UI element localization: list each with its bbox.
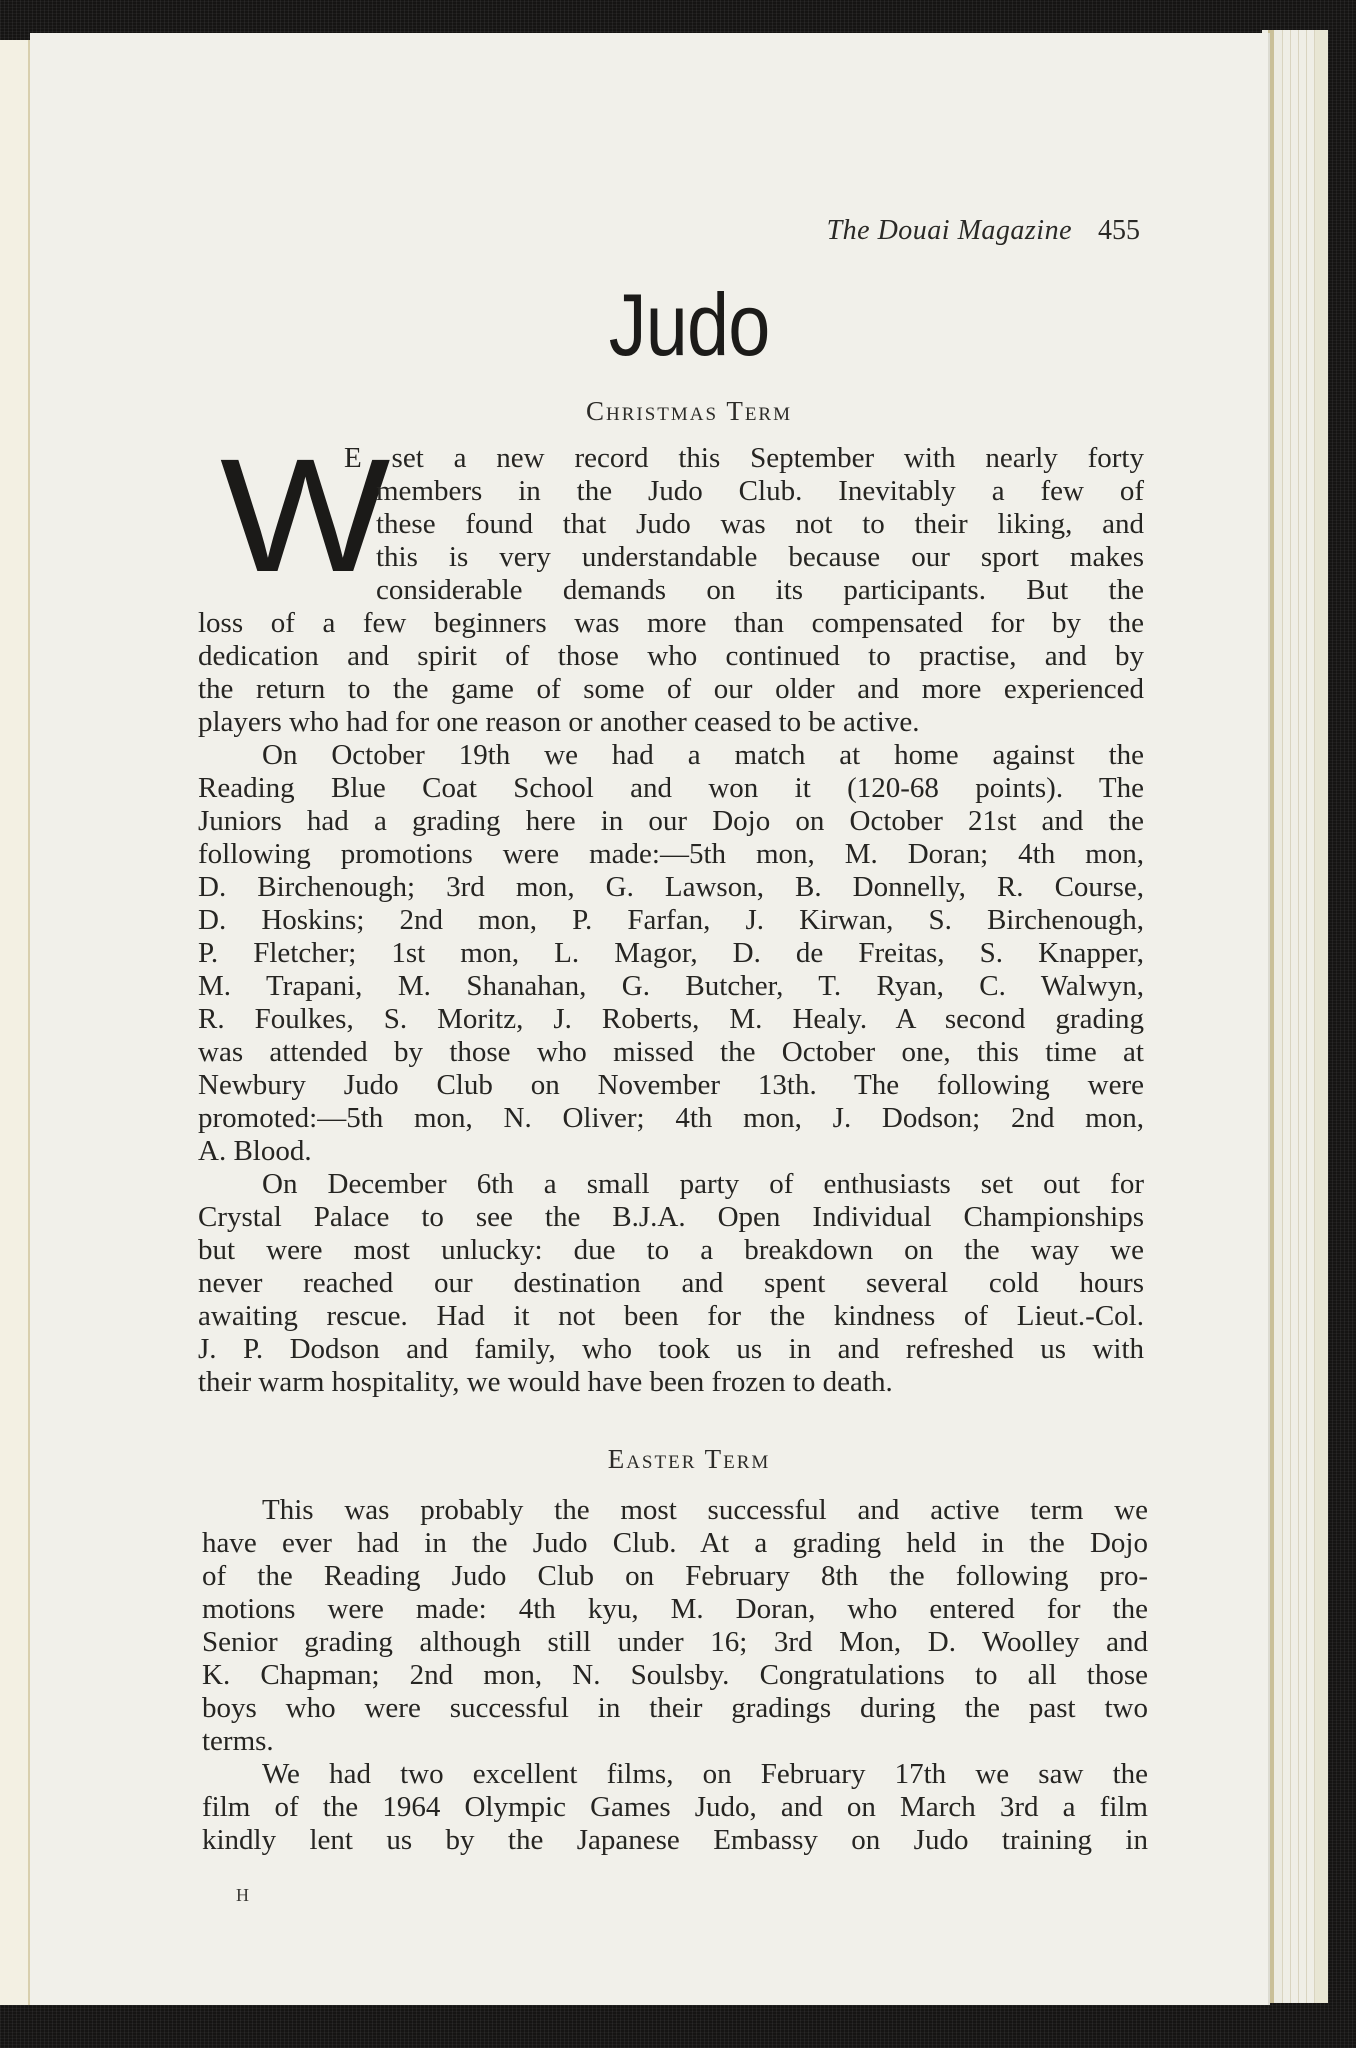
body-line: these found that Judo was not to their l… bbox=[376, 507, 1144, 541]
body-line: kindly lent us by the Japanese Embassy o… bbox=[202, 1823, 1148, 1857]
body-line: D. Hoskins; 2nd mon, P. Farfan, J. Kirwa… bbox=[198, 903, 1144, 937]
body-line: Reading Blue Coat School and won it (120… bbox=[198, 771, 1144, 805]
body-line: dedication and spirit of those who conti… bbox=[198, 639, 1144, 673]
body-line: D. Birchenough; 3rd mon, G. Lawson, B. D… bbox=[198, 870, 1144, 904]
body-line: R. Foulkes, S. Moritz, J. Roberts, M. He… bbox=[198, 1002, 1144, 1036]
body-line: On October 19th we had a match at home a… bbox=[262, 738, 1144, 772]
body-line: following promotions were made:—5th mon,… bbox=[198, 837, 1144, 871]
page-number: 455 bbox=[1098, 215, 1140, 246]
running-head: The Douai Magazine455 bbox=[30, 215, 1140, 247]
body-line: have ever had in the Judo Club. At a gra… bbox=[202, 1526, 1148, 1560]
page: The Douai Magazine455 Judo Christmas Ter… bbox=[30, 33, 1270, 2005]
body-line: Senior grading although still under 16; … bbox=[202, 1625, 1148, 1659]
body-line: motions were made: 4th kyu, M. Doran, wh… bbox=[202, 1592, 1148, 1626]
stacked-page-edges bbox=[1262, 30, 1328, 2003]
body-line: of the Reading Judo Club on February 8th… bbox=[202, 1559, 1148, 1593]
left-page-edge bbox=[0, 40, 30, 2005]
body-line: M. Trapani, M. Shanahan, G. Butcher, T. … bbox=[198, 969, 1144, 1003]
body-line: loss of a few beginners was more than co… bbox=[198, 606, 1144, 640]
body-line: J. P. Dodson and family, who took us in … bbox=[198, 1332, 1144, 1366]
body-line: boys who were successful in their gradin… bbox=[202, 1691, 1148, 1725]
body-line: their warm hospitality, we would have be… bbox=[198, 1365, 1144, 1399]
signature-mark: H bbox=[236, 1885, 249, 1906]
body-line: A. Blood. bbox=[198, 1134, 1144, 1168]
body-line: was attended by those who missed the Oct… bbox=[198, 1035, 1144, 1069]
body-line: Juniors had a grading here in our Dojo o… bbox=[198, 804, 1144, 838]
article-title: Judo bbox=[122, 281, 1255, 369]
body-line: On December 6th a small party of enthusi… bbox=[262, 1167, 1144, 1201]
body-line: Newbury Judo Club on November 13th. The … bbox=[198, 1068, 1144, 1102]
body-line: but were most unlucky: due to a breakdow… bbox=[198, 1233, 1144, 1267]
body-line: Crystal Palace to see the B.J.A. Open In… bbox=[198, 1200, 1144, 1234]
body-line: E set a new record this September with n… bbox=[344, 441, 1144, 475]
body-line: film of the 1964 Olympic Games Judo, and… bbox=[202, 1790, 1148, 1824]
body-line: members in the Judo Club. Inevitably a f… bbox=[376, 474, 1144, 508]
body-line: never reached our destination and spent … bbox=[198, 1266, 1144, 1300]
section-heading-easter-term: Easter Term bbox=[30, 1444, 1348, 1475]
body-line: promoted:—5th mon, N. Oliver; 4th mon, J… bbox=[198, 1101, 1144, 1135]
body-line: terms. bbox=[202, 1724, 1148, 1758]
body-line: considerable demands on its participants… bbox=[376, 573, 1144, 607]
body-line: the return to the game of some of our ol… bbox=[198, 672, 1144, 706]
body-line: K. Chapman; 2nd mon, N. Soulsby. Congrat… bbox=[202, 1658, 1148, 1692]
body-line: We had two excellent films, on February … bbox=[262, 1757, 1148, 1791]
body-line: this is very understandable because our … bbox=[376, 540, 1144, 574]
body-line: This was probably the most successful an… bbox=[262, 1493, 1148, 1527]
body-line: P. Fletcher; 1st mon, L. Magor, D. de Fr… bbox=[198, 936, 1144, 970]
body-line: players who had for one reason or anothe… bbox=[198, 705, 1144, 739]
publication-name: The Douai Magazine bbox=[827, 215, 1072, 246]
body-line: awaiting rescue. Had it not been for the… bbox=[198, 1299, 1144, 1333]
section-heading-christmas-term: Christmas Term bbox=[30, 396, 1348, 427]
